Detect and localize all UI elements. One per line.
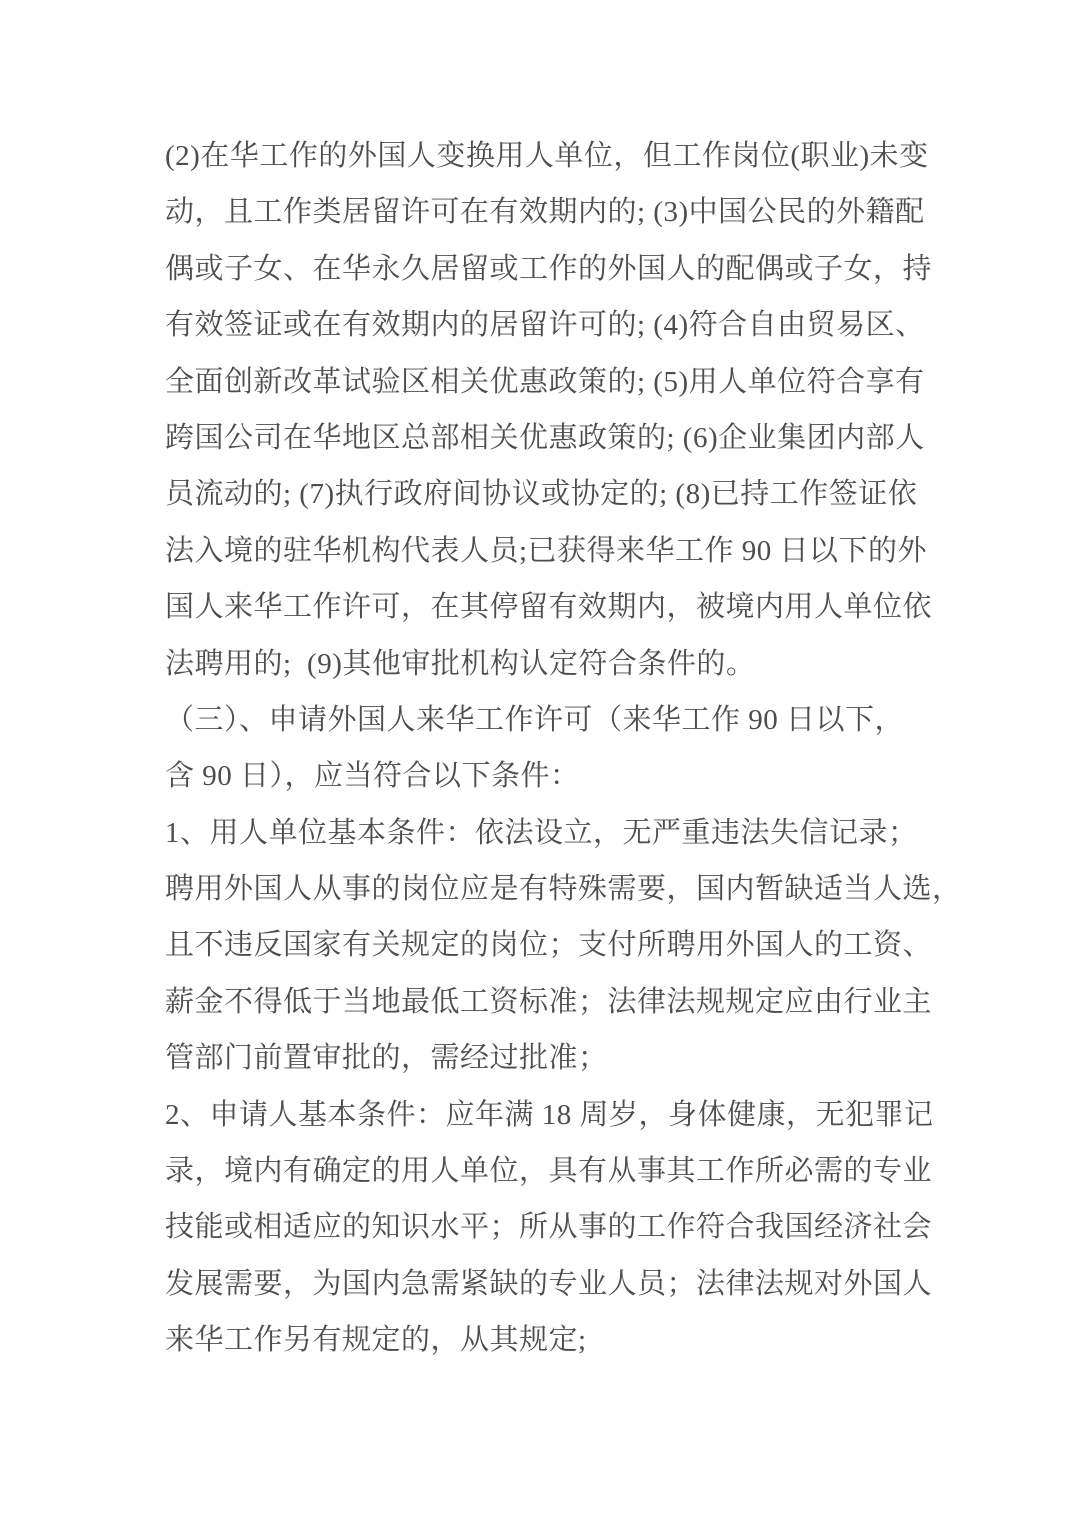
- text-line: 国人来华工作许可，在其停留有效期内，被境内用人单位依: [165, 579, 925, 635]
- text-line: 法聘用的; (9)其他审批机构认定符合条件的。: [165, 636, 925, 692]
- text-line: 1、用人单位基本条件：依法设立，无严重违法失信记录；: [165, 805, 925, 861]
- text-line: 全面创新改革试验区相关优惠政策的; (5)用人单位符合享有: [165, 354, 925, 410]
- text-line: 薪金不得低于当地最低工资标准；法律法规规定应由行业主: [165, 974, 925, 1030]
- text-line: 来华工作另有规定的，从其规定;: [165, 1312, 925, 1368]
- text-line: 法入境的驻华机构代表人员;已获得来华工作 90 日以下的外: [165, 523, 925, 579]
- text-line: 且不违反国家有关规定的岗位；支付所聘用外国人的工资、: [165, 917, 925, 973]
- document-page: (2)在华工作的外国人变换用人单位，但工作岗位(职业)未变动，且工作类居留许可在…: [0, 0, 1074, 1520]
- text-line: 偶或子女、在华永久居留或工作的外国人的配偶或子女，持: [165, 241, 925, 297]
- text-line: 跨国公司在华地区总部相关优惠政策的; (6)企业集团内部人: [165, 410, 925, 466]
- text-line: 技能或相适应的知识水平；所从事的工作符合我国经济社会: [165, 1199, 925, 1255]
- document-text-block: (2)在华工作的外国人变换用人单位，但工作岗位(职业)未变动，且工作类居留许可在…: [165, 128, 925, 1369]
- text-line: (2)在华工作的外国人变换用人单位，但工作岗位(职业)未变: [165, 128, 925, 184]
- text-line: 聘用外国人从事的岗位应是有特殊需要，国内暂缺适当人选，: [165, 861, 925, 917]
- text-line: （三）、申请外国人来华工作许可（来华工作 90 日以下，: [165, 692, 925, 748]
- text-line: 含 90 日），应当符合以下条件：: [165, 748, 925, 804]
- text-line: 录，境内有确定的用人单位，具有从事其工作所必需的专业: [165, 1143, 925, 1199]
- text-line: 有效签证或在有效期内的居留许可的; (4)符合自由贸易区、: [165, 297, 925, 353]
- text-line: 发展需要，为国内急需紧缺的专业人员；法律法规对外国人: [165, 1256, 925, 1312]
- text-line: 动，且工作类居留许可在有效期内的; (3)中国公民的外籍配: [165, 184, 925, 240]
- text-line: 员流动的; (7)执行政府间协议或协定的; (8)已持工作签证依: [165, 466, 925, 522]
- text-line: 2、申请人基本条件：应年满 18 周岁，身体健康，无犯罪记: [165, 1087, 925, 1143]
- text-line: 管部门前置审批的，需经过批准；: [165, 1030, 925, 1086]
